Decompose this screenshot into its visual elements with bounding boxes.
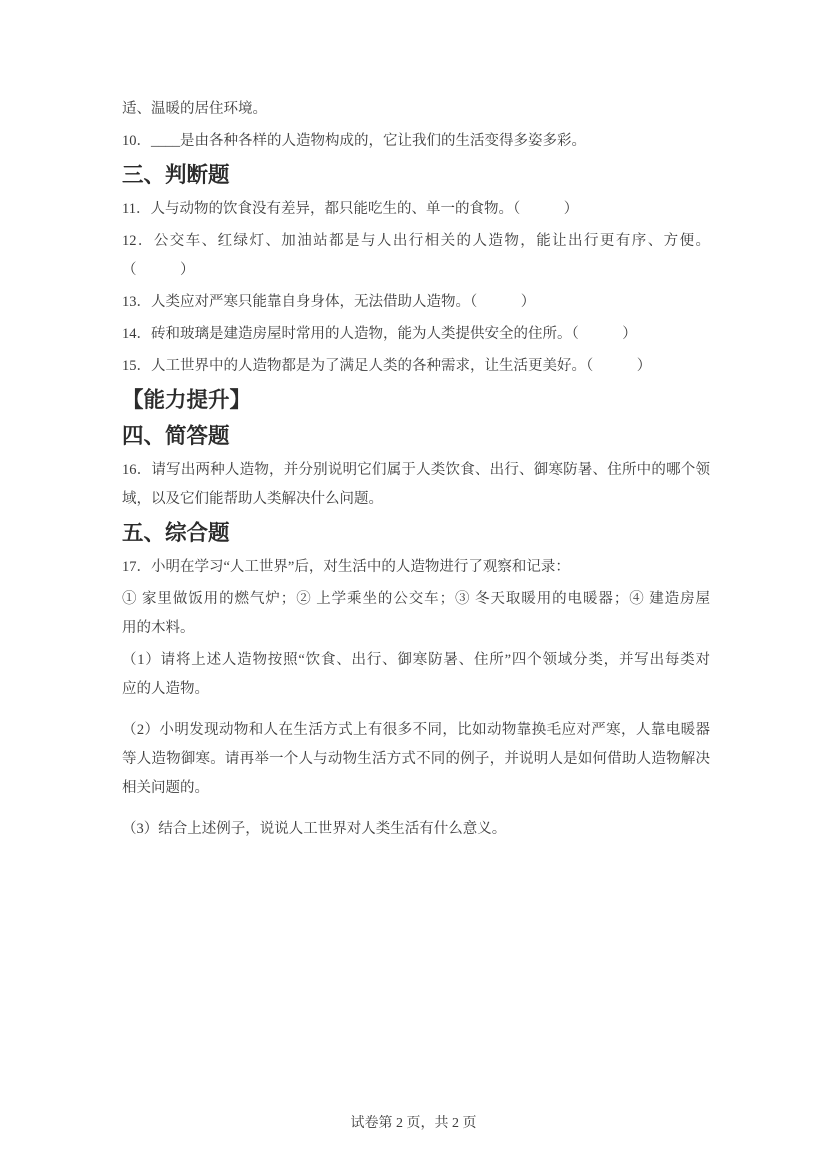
page-number-indicator: 试卷第 2 页，共 2 页 [0, 1113, 827, 1135]
text-line: 12．公交车、红绿灯、加油站都是与人出行相关的人造物，能让出行更有序、方便。 [122, 227, 710, 256]
question-17-items: ① 家里做饭用的燃气炉；② 上学乘坐的公交车；③ 冬天取暖用的电暖器；④ 建造房… [122, 585, 710, 643]
text-line: （2）小明发现动物和人在生活方式上有很多不同，比如动物靠换毛应对严寒，人靠电暖器 [122, 716, 710, 745]
section-5-heading: 五、综合题 [122, 517, 710, 550]
question-13: 13．人类应对严寒只能靠自身身体，无法借助人造物。（ ） [122, 288, 710, 317]
text-line: 15．人工世界中的人造物都是为了满足人类的各种需求，让生活更美好。（ ） [122, 352, 710, 381]
text-line: 应的人造物。 [122, 675, 710, 704]
text-line: 适、温暖的居住环境。 [122, 95, 710, 124]
question-17: 17．小明在学习“人工世界”后，对生活中的人造物进行了观察和记录： [122, 553, 710, 582]
text-line: 等人造物御寒。请再举一个人与动物生活方式不同的例子，并说明人是如何借助人造物解决 [122, 745, 710, 774]
text-line: 五、综合题 [122, 517, 710, 550]
text-line: 14．砖和玻璃是建造房屋时常用的人造物，能为人类提供安全的住所。（ ） [122, 320, 710, 349]
text-line: 域，以及它们能帮助人类解决什么问题。 [122, 485, 710, 514]
text-line: （ ） [122, 256, 710, 285]
text-line: 三、判断题 [122, 159, 710, 192]
text-line: （3）结合上述例子，说说人工世界对人类生活有什么意义。 [122, 815, 710, 844]
text-line: 10．____是由各种各样的人造物构成的，它让我们的生活变得多姿多彩。 [122, 127, 710, 156]
text-line: （1）请将上述人造物按照“饮食、出行、御寒防暑、住所”四个领域分类，并写出每类对 [122, 646, 710, 675]
question-12: 12．公交车、红绿灯、加油站都是与人出行相关的人造物，能让出行更有序、方便。（ … [122, 227, 710, 285]
text-line: 用的木料。 [122, 614, 710, 643]
text-line: 16．请写出两种人造物，并分别说明它们属于人类饮食、出行、御寒防暑、住所中的哪个… [122, 456, 710, 485]
question-16: 16．请写出两种人造物，并分别说明它们属于人类饮食、出行、御寒防暑、住所中的哪个… [122, 456, 710, 514]
question-14: 14．砖和玻璃是建造房屋时常用的人造物，能为人类提供安全的住所。（ ） [122, 320, 710, 349]
question-17-sub1: （1）请将上述人造物按照“饮食、出行、御寒防暑、住所”四个领域分类，并写出每类对… [122, 646, 710, 704]
text-line: ① 家里做饭用的燃气炉；② 上学乘坐的公交车；③ 冬天取暖用的电暖器；④ 建造房… [122, 585, 710, 614]
document-body: 适、温暖的居住环境。10．____是由各种各样的人造物构成的，它让我们的生活变得… [122, 92, 710, 847]
section-4-heading: 四、简答题 [122, 420, 710, 453]
ability-improvement-heading: 【能力提升】 [122, 384, 710, 417]
question-11: 11．人与动物的饮食没有差异，都只能吃生的、单一的食物。（ ） [122, 195, 710, 224]
question-17-sub3: （3）结合上述例子，说说人工世界对人类生活有什么意义。 [122, 815, 710, 844]
q9-continuation: 适、温暖的居住环境。 [122, 95, 710, 124]
question-17-sub2: （2）小明发现动物和人在生活方式上有很多不同，比如动物靠换毛应对严寒，人靠电暖器… [122, 716, 710, 803]
question-15: 15．人工世界中的人造物都是为了满足人类的各种需求，让生活更美好。（ ） [122, 352, 710, 381]
text-line: 相关问题的。 [122, 774, 710, 803]
section-3-heading: 三、判断题 [122, 159, 710, 192]
text-line: 11．人与动物的饮食没有差异，都只能吃生的、单一的食物。（ ） [122, 195, 710, 224]
text-line: 【能力提升】 [122, 384, 710, 417]
text-line: 17．小明在学习“人工世界”后，对生活中的人造物进行了观察和记录： [122, 553, 710, 582]
text-line: 13．人类应对严寒只能靠自身身体，无法借助人造物。（ ） [122, 288, 710, 317]
question-10: 10．____是由各种各样的人造物构成的，它让我们的生活变得多姿多彩。 [122, 127, 710, 156]
text-line: 四、简答题 [122, 420, 710, 453]
